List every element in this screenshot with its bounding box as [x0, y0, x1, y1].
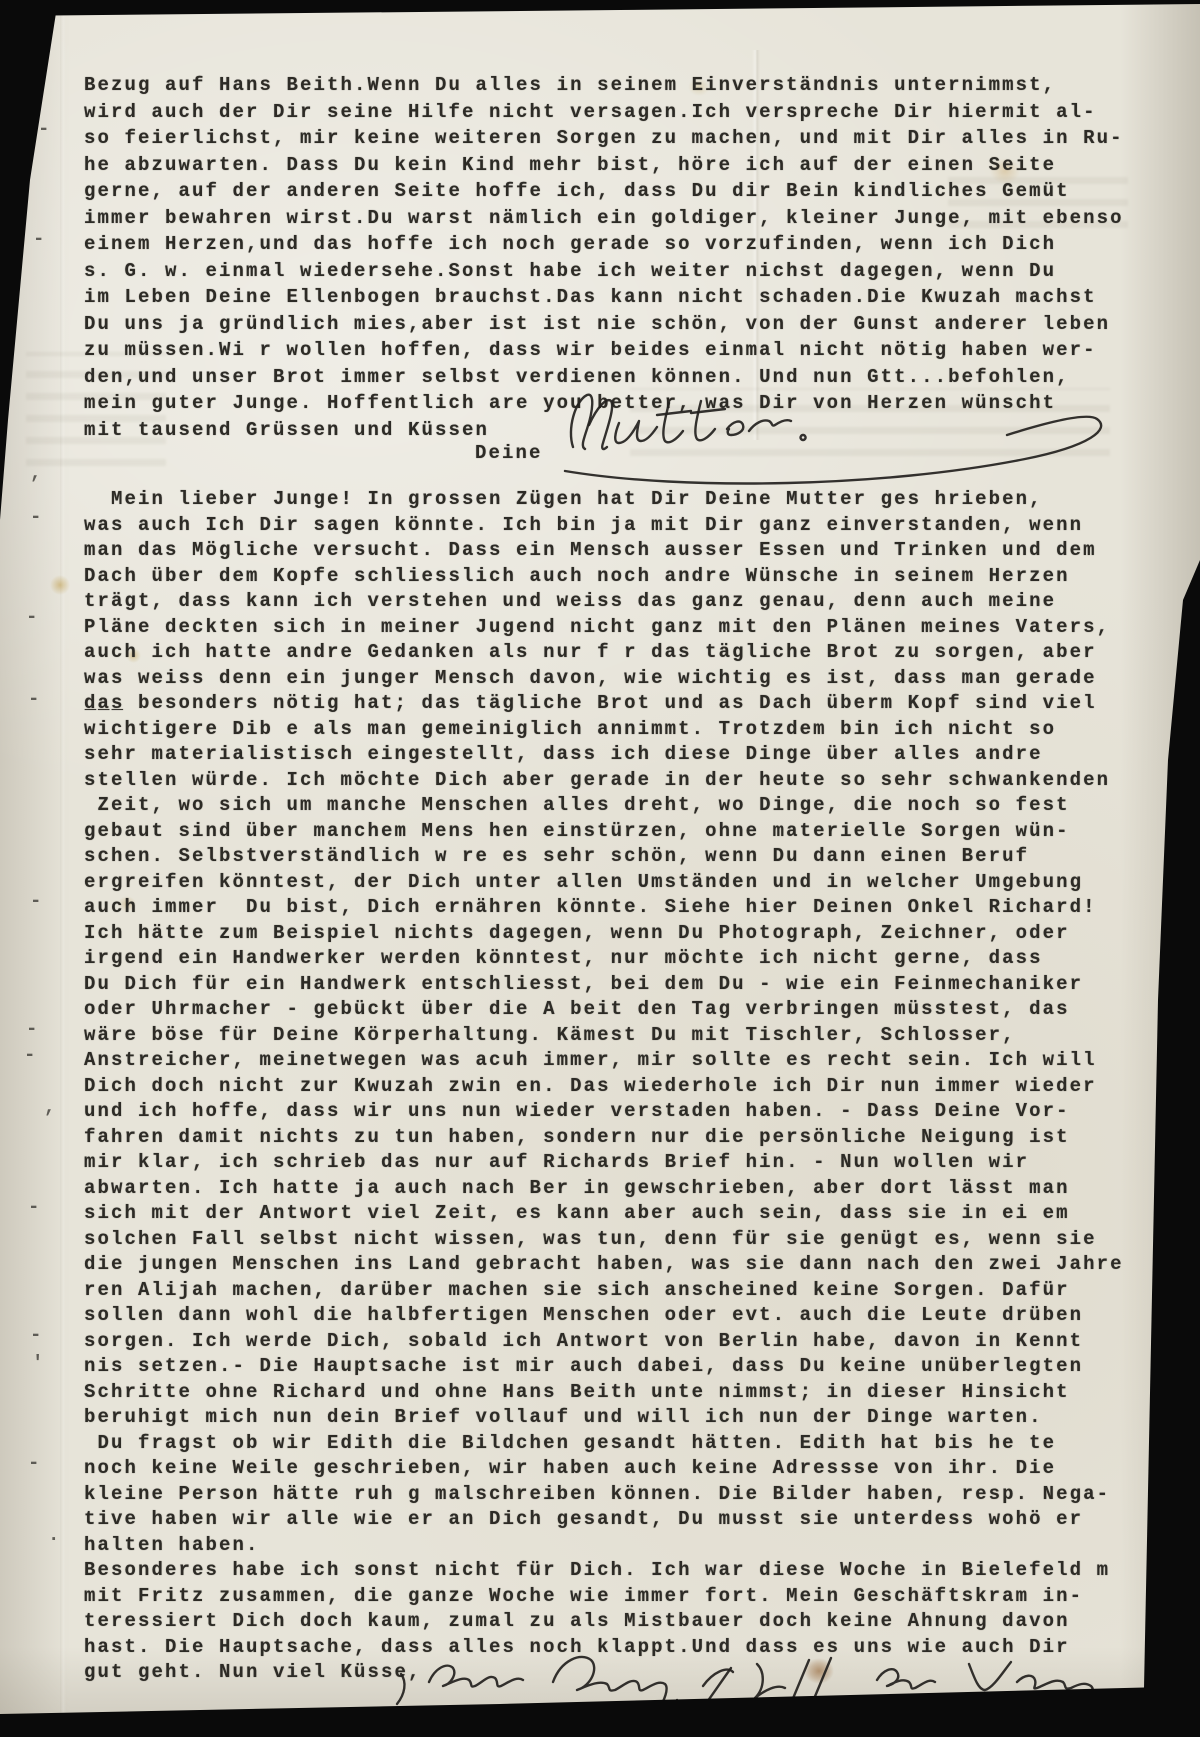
typed-line: sollen dann wohl die halbfertigen Mensch… — [84, 1303, 1124, 1329]
typed-line: irgend ein Handwerker werden könntest, n… — [84, 946, 1124, 972]
mutter-signature-handwriting — [545, 385, 1145, 500]
typed-line: trägt, dass kann ich verstehen und weiss… — [84, 589, 1124, 615]
typed-line: auch immer Du bist, Dich ernähren könnte… — [84, 895, 1124, 921]
typed-line: fahren damit nichts zu tun haben, sonder… — [84, 1125, 1124, 1151]
typed-line: tive haben wir alle wie er an Dich gesan… — [84, 1507, 1124, 1533]
typed-line: Besonderes habe ich sonst nicht für Dich… — [84, 1558, 1124, 1584]
typed-line: Dach über dem Kopfe schliesslich auch no… — [84, 564, 1124, 590]
margin-mark: - — [26, 1018, 37, 1040]
typed-line: stellen würde. Ich möchte Dich aber gera… — [84, 768, 1124, 794]
typed-line: teressiert Dich doch kaum, zumal zu als … — [84, 1609, 1124, 1635]
typed-line: Mein lieber Junge! In grossen Zügen hat … — [84, 487, 1124, 513]
mother-valediction: Deine — [475, 442, 543, 464]
typed-line: Bezug auf Hans Beith.Wenn Du alles in se… — [84, 72, 1124, 99]
father-closing-handwriting — [385, 1638, 1105, 1733]
margin-mark: ' — [32, 1352, 43, 1374]
typed-line: die jungen Menschen ins Land gebracht ha… — [84, 1252, 1124, 1278]
typed-line: s. G. w. einmal wiedersehe.Sonst habe ic… — [84, 258, 1124, 285]
margin-mark: , — [44, 1096, 55, 1118]
typed-line: d̲a̲s̲ besonders nötig hat; das tägliche… — [84, 691, 1124, 717]
typed-line: abwarten. Ich hatte ja auch nach Ber in … — [84, 1176, 1124, 1202]
margin-mark: - — [38, 118, 49, 140]
typed-line: im Leben Deine Ellenbogen brauchst.Das k… — [84, 284, 1124, 311]
typed-line: Dich doch nicht zur Kwuzah zwin en. Das … — [84, 1074, 1124, 1100]
typed-line: was weiss denn ein junger Mensch davon, … — [84, 666, 1124, 692]
typed-line: zu müssen.Wi r wollen hoffen, dass wir b… — [84, 337, 1124, 364]
margin-mark: - — [28, 1196, 39, 1218]
typed-line: Schritte ohne Richard und ohne Hans Beit… — [84, 1380, 1124, 1406]
typed-line: sorgen. Ich werde Dich, sobald ich Antwo… — [84, 1329, 1124, 1355]
typed-line: Du fragst ob wir Edith die Bildchen gesa… — [84, 1431, 1124, 1457]
margin-mark: - — [28, 1452, 39, 1474]
letter-paper: Bezug auf Hans Beith.Wenn Du alles in se… — [0, 0, 1200, 1737]
typed-line: gebaut sind über manchem Mens hen einstü… — [84, 819, 1124, 845]
typed-line: kleine Person hätte ruh g malschreiben k… — [84, 1482, 1124, 1508]
margin-mark: - — [30, 890, 41, 912]
typed-line: nis setzen.- Die Hauptsache ist mir auch… — [84, 1354, 1124, 1380]
typed-line: wichtigere Dib e als man gemeiniglich an… — [84, 717, 1124, 743]
typed-line: sich mit der Antwort viel Zeit, es kann … — [84, 1201, 1124, 1227]
typed-line: man das Mögliche versucht. Dass ein Mens… — [84, 538, 1124, 564]
typed-line: auch ich hatte andre Gedanken als nur f … — [84, 640, 1124, 666]
typed-line: was auch Ich Dir sagen könnte. Ich bin j… — [84, 513, 1124, 539]
margin-mark: . — [48, 1524, 59, 1546]
typed-line: halten haben. — [84, 1533, 1124, 1559]
typed-line: Ich hätte zum Beispiel nichts dagegen, w… — [84, 921, 1124, 947]
margin-mark: - — [24, 1044, 35, 1066]
typed-line: wird auch der Dir seine Hilfe nicht vers… — [84, 99, 1124, 126]
typed-line: Du Dich für ein Handwerk entschliesst, b… — [84, 972, 1124, 998]
typed-line: beruhigt mich nun dein Brief vollauf und… — [84, 1405, 1124, 1431]
typed-line: Zeit, wo sich um manche Menschen alles d… — [84, 793, 1124, 819]
typed-line: he abzuwarten. Dass Du kein Kind mehr bi… — [84, 152, 1124, 179]
typed-line: und ich hoffe, dass wir uns nun wieder v… — [84, 1099, 1124, 1125]
typed-line: solchen Fall selbst nicht wissen, was tu… — [84, 1227, 1124, 1253]
margin-mark: - — [28, 688, 39, 710]
typed-line: einem Herzen,und das hoffe ich noch gera… — [84, 231, 1124, 258]
typed-line: ren Alijah machen, darüber machen sie si… — [84, 1278, 1124, 1304]
typed-line: mir klar, ich schrieb das nur auf Richar… — [84, 1150, 1124, 1176]
left-edge-crease — [60, 0, 66, 1737]
typed-line: mit Fritz zusammen, die ganze Woche wie … — [84, 1584, 1124, 1610]
typed-line: ergreifen könntest, der Dich unter allen… — [84, 870, 1124, 896]
typed-line: Anstreicher, meinetwegen was acuh immer,… — [84, 1048, 1124, 1074]
margin-mark: - — [30, 1324, 41, 1346]
typed-line: Du uns ja gründlich mies,aber ist ist ni… — [84, 311, 1124, 338]
paper-stain — [50, 575, 70, 595]
typed-line: gerne, auf der anderen Seite hoffe ich, … — [84, 178, 1124, 205]
typed-line: noch keine Weile geschrieben, wir haben … — [84, 1456, 1124, 1482]
scanned-letter-page: Bezug auf Hans Beith.Wenn Du alles in se… — [0, 0, 1200, 1737]
typed-line: Pläne deckten sich in meiner Jugend nich… — [84, 615, 1124, 641]
typed-line: sehr materialistisch eingestellt, dass i… — [84, 742, 1124, 768]
typed-line: so feierlichst, mir keine weiteren Sorge… — [84, 125, 1124, 152]
margin-mark: - — [33, 228, 44, 250]
typed-line: immer bewahren wirst.Du warst nämlich ei… — [84, 205, 1124, 232]
father-letter-text: Mein lieber Junge! In grossen Zügen hat … — [84, 487, 1124, 1686]
margin-mark: - — [26, 606, 37, 628]
margin-mark: - — [30, 506, 41, 528]
typed-line: oder Uhrmacher - gebückt über die A beit… — [84, 997, 1124, 1023]
typed-line: wäre böse für Deine Körperhaltung. Kämes… — [84, 1023, 1124, 1049]
typed-line: schen. Selbstverständlich w re es sehr s… — [84, 844, 1124, 870]
